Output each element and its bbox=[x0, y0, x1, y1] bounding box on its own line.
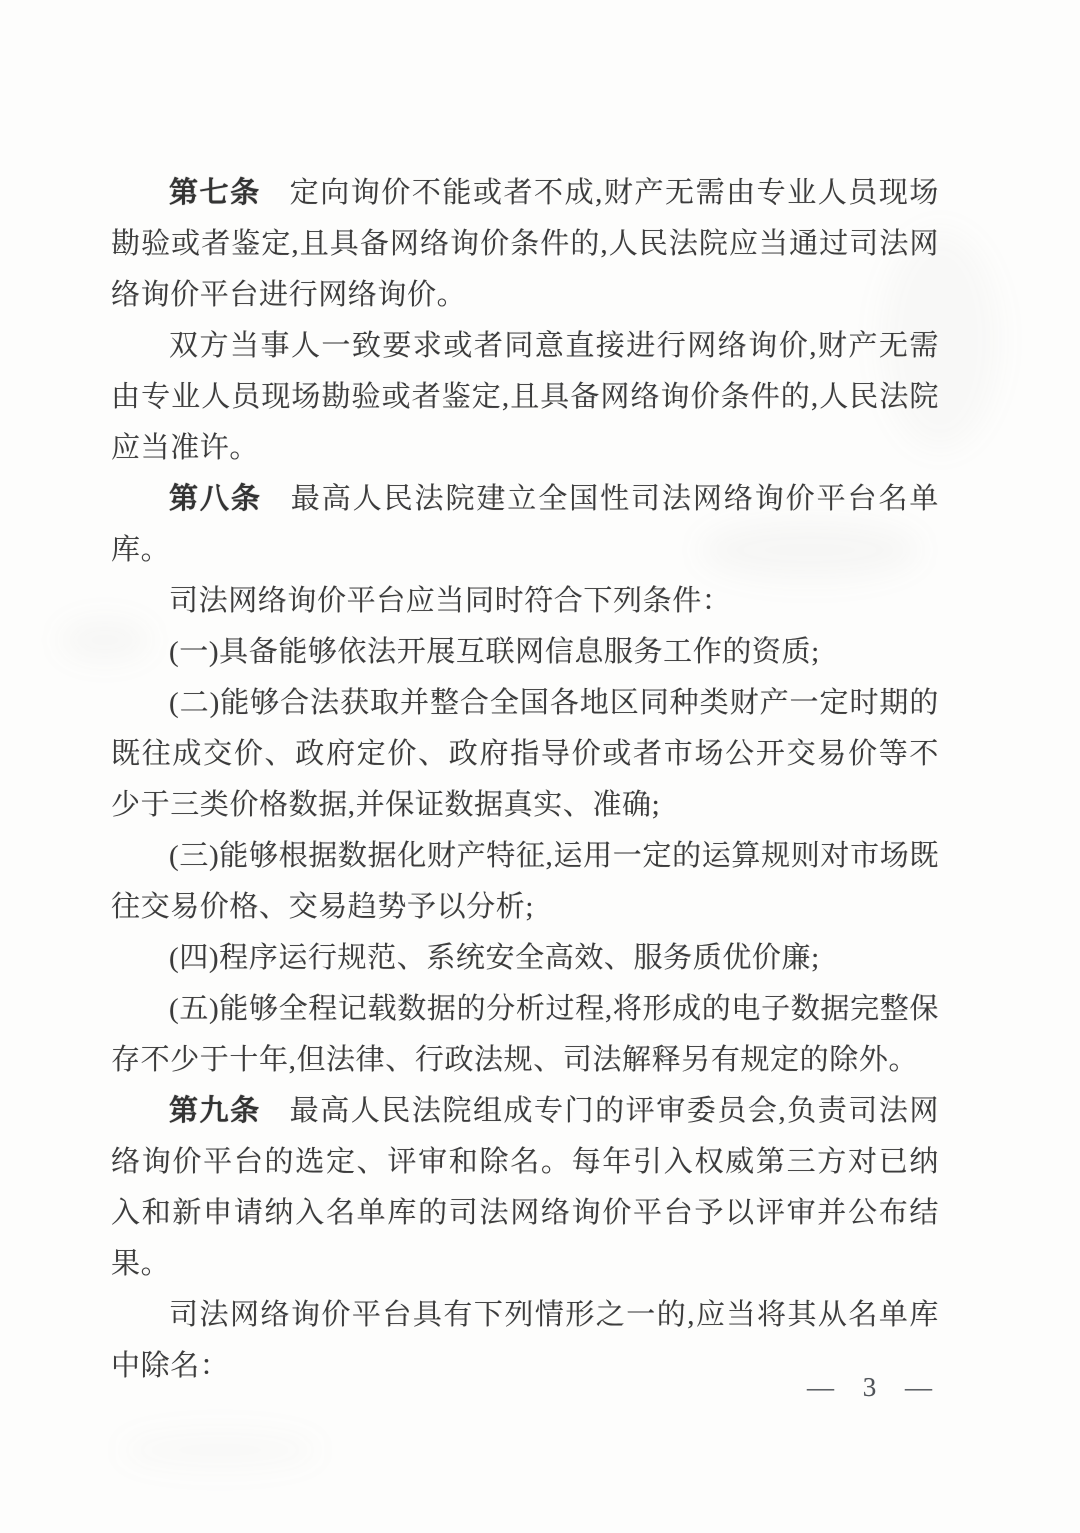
scan-smudge bbox=[120, 1430, 320, 1470]
article-number: 第八条 bbox=[169, 483, 262, 515]
article-number: 第七条 bbox=[169, 177, 261, 209]
scanned-document-page: { "document": { "paragraphs": [ { "lead"… bbox=[0, 0, 1080, 1533]
article-number: 第九条 bbox=[169, 1095, 261, 1127]
paragraph: (三)能够根据数据化财产特征,运用一定的运算规则对市场既往交易价格、交易趋势予以… bbox=[111, 831, 939, 933]
page-number: — 3 — bbox=[770, 1372, 970, 1403]
paragraph-text: (五)能够全程记载数据的分析过程,将形成的电子数据完整保存不少于十年,但法律、行… bbox=[111, 993, 939, 1076]
paragraph: (二)能够合法获取并整合全国各地区同种类财产一定时期的既往成交价、政府定价、政府… bbox=[111, 678, 939, 831]
paragraph: (五)能够全程记载数据的分析过程,将形成的电子数据完整保存不少于十年,但法律、行… bbox=[111, 984, 939, 1086]
paragraph: (一)具备能够依法开展互联网信息服务工作的资质; bbox=[111, 627, 939, 678]
paragraph-text: (三)能够根据数据化财产特征,运用一定的运算规则对市场既往交易价格、交易趋势予以… bbox=[111, 840, 939, 923]
paragraph-text: (四)程序运行规范、系统安全高效、服务质优价廉; bbox=[169, 942, 820, 974]
paragraph: (四)程序运行规范、系统安全高效、服务质优价廉; bbox=[111, 933, 939, 984]
paragraph-text: 司法网络询价平台应当同时符合下列条件： bbox=[169, 585, 731, 617]
paragraph: 双方当事人一致要求或者同意直接进行网络询价,财产无需由专业人员现场勘验或者鉴定,… bbox=[111, 321, 939, 474]
paragraph: 司法网络询价平台应当同时符合下列条件： bbox=[111, 576, 939, 627]
paragraph-text: (一)具备能够依法开展互联网信息服务工作的资质; bbox=[169, 636, 820, 668]
document-body: 第七条定向询价不能或者不成,财产无需由专业人员现场勘验或者鉴定,且具备网络询价条… bbox=[111, 168, 939, 1392]
paragraph: 第九条最高人民法院组成专门的评审委员会,负责司法网络询价平台的选定、评审和除名。… bbox=[111, 1086, 939, 1290]
paragraph: 第七条定向询价不能或者不成,财产无需由专业人员现场勘验或者鉴定,且具备网络询价条… bbox=[111, 168, 939, 321]
paragraph: 第八条最高人民法院建立全国性司法网络询价平台名单库。 bbox=[111, 474, 939, 576]
paragraph-text: (二)能够合法获取并整合全国各地区同种类财产一定时期的既往成交价、政府定价、政府… bbox=[111, 687, 939, 821]
paragraph-text: 司法网络询价平台具有下列情形之一的,应当将其从名单库中除名： bbox=[111, 1299, 939, 1382]
paragraph-text: 双方当事人一致要求或者同意直接进行网络询价,财产无需由专业人员现场勘验或者鉴定,… bbox=[111, 330, 939, 464]
